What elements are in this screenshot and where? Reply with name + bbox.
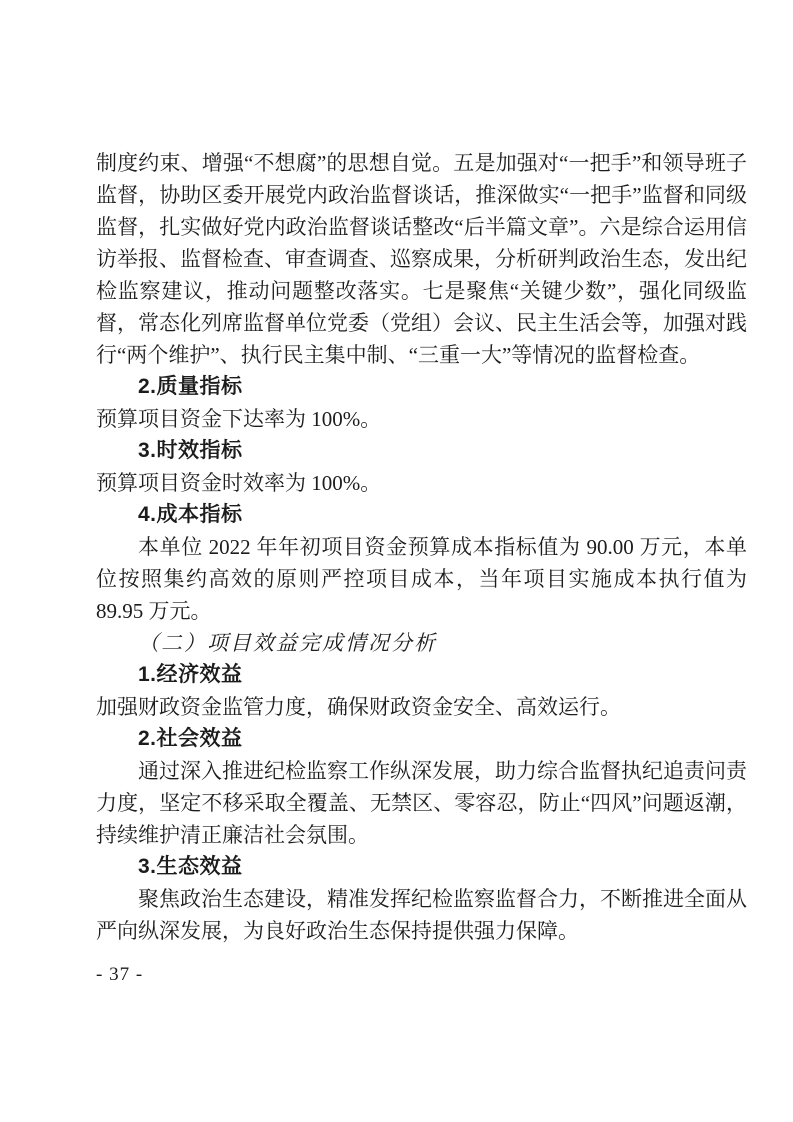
section-heading-cost-indicator: 4.成本指标: [96, 499, 747, 531]
paragraph-supervision-measures: 制度约束、增强“不想腐”的思想自觉。五是加强对“一把手”和领导班子监督，协助区委…: [96, 147, 747, 371]
paragraph-ecological-benefit: 聚焦政治生态建设，精准发挥纪检监察监督合力，不断推进全面从严向纵深发展，为良好政…: [96, 883, 747, 947]
paragraph-quality-indicator: 预算项目资金下达率为 100%。: [96, 403, 747, 435]
section-heading-timeliness-indicator: 3.时效指标: [96, 435, 747, 467]
section-heading-ecological-benefit: 3.生态效益: [96, 851, 747, 883]
section-heading-social-benefit: 2.社会效益: [96, 723, 747, 755]
document-page: 制度约束、增强“不想腐”的思想自觉。五是加强对“一把手”和领导班子监督，协助区委…: [0, 0, 793, 1122]
paragraph-timeliness-indicator: 预算项目资金时效率为 100%。: [96, 467, 747, 499]
paragraph-cost-indicator: 本单位 2022 年年初项目资金预算成本指标值为 90.00 万元，本单位按照集…: [96, 531, 747, 627]
text-block: 制度约束、增强“不想腐”的思想自觉。五是加强对“一把手”和领导班子监督，协助区委…: [96, 147, 747, 990]
page-number: - 37 -: [96, 960, 747, 990]
subsection-heading-benefit-analysis: （二）项目效益完成情况分析: [96, 627, 747, 659]
paragraph-social-benefit: 通过深入推进纪检监察工作纵深发展，助力综合监督执纪追责问责力度，坚定不移采取全覆…: [96, 755, 747, 851]
section-heading-quality-indicator: 2.质量指标: [96, 371, 747, 403]
paragraph-economic-benefit: 加强财政资金监管力度，确保财政资金安全、高效运行。: [96, 691, 747, 723]
section-heading-economic-benefit: 1.经济效益: [96, 659, 747, 691]
